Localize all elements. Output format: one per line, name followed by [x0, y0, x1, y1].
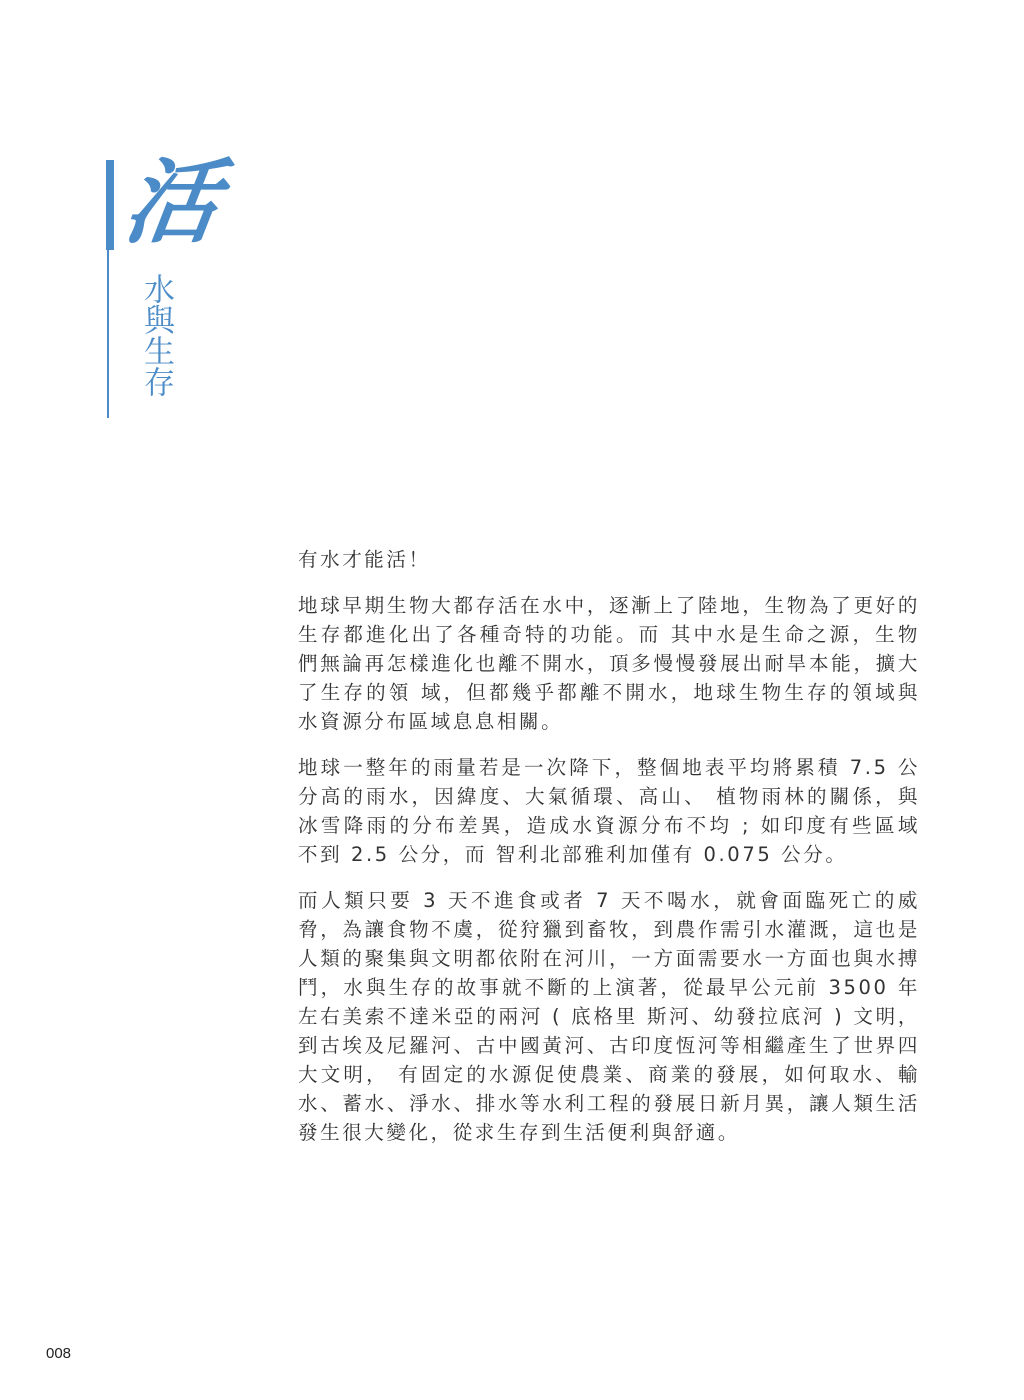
paragraph-3: 而人類只要 3 天不進食或者 7 天不喝水，就會面臨死亡的威脅，為讓食物不虞，從… [298, 886, 920, 1147]
body-text: 有水才能活！ 地球早期生物大都存活在水中，逐漸上了陸地，生物為了更好的生存都進化… [298, 545, 920, 1164]
title-accent-line [107, 250, 109, 418]
lead-line: 有水才能活！ [298, 545, 920, 574]
chapter-subtitle: 水與生存 [136, 273, 172, 397]
title-accent-bar [106, 160, 114, 250]
paragraph-2: 地球一整年的雨量若是一次降下，整個地表平均將累積 7.5 公分高的雨水，因緯度、… [298, 753, 920, 869]
chapter-title-block: 活 水與生存 [106, 158, 246, 420]
paragraph-1: 地球早期生物大都存活在水中，逐漸上了陸地，生物為了更好的生存都進化出了各種奇特的… [298, 591, 920, 736]
page-number: 008 [46, 1345, 71, 1362]
chapter-title-calligraphy: 活 [119, 152, 225, 252]
